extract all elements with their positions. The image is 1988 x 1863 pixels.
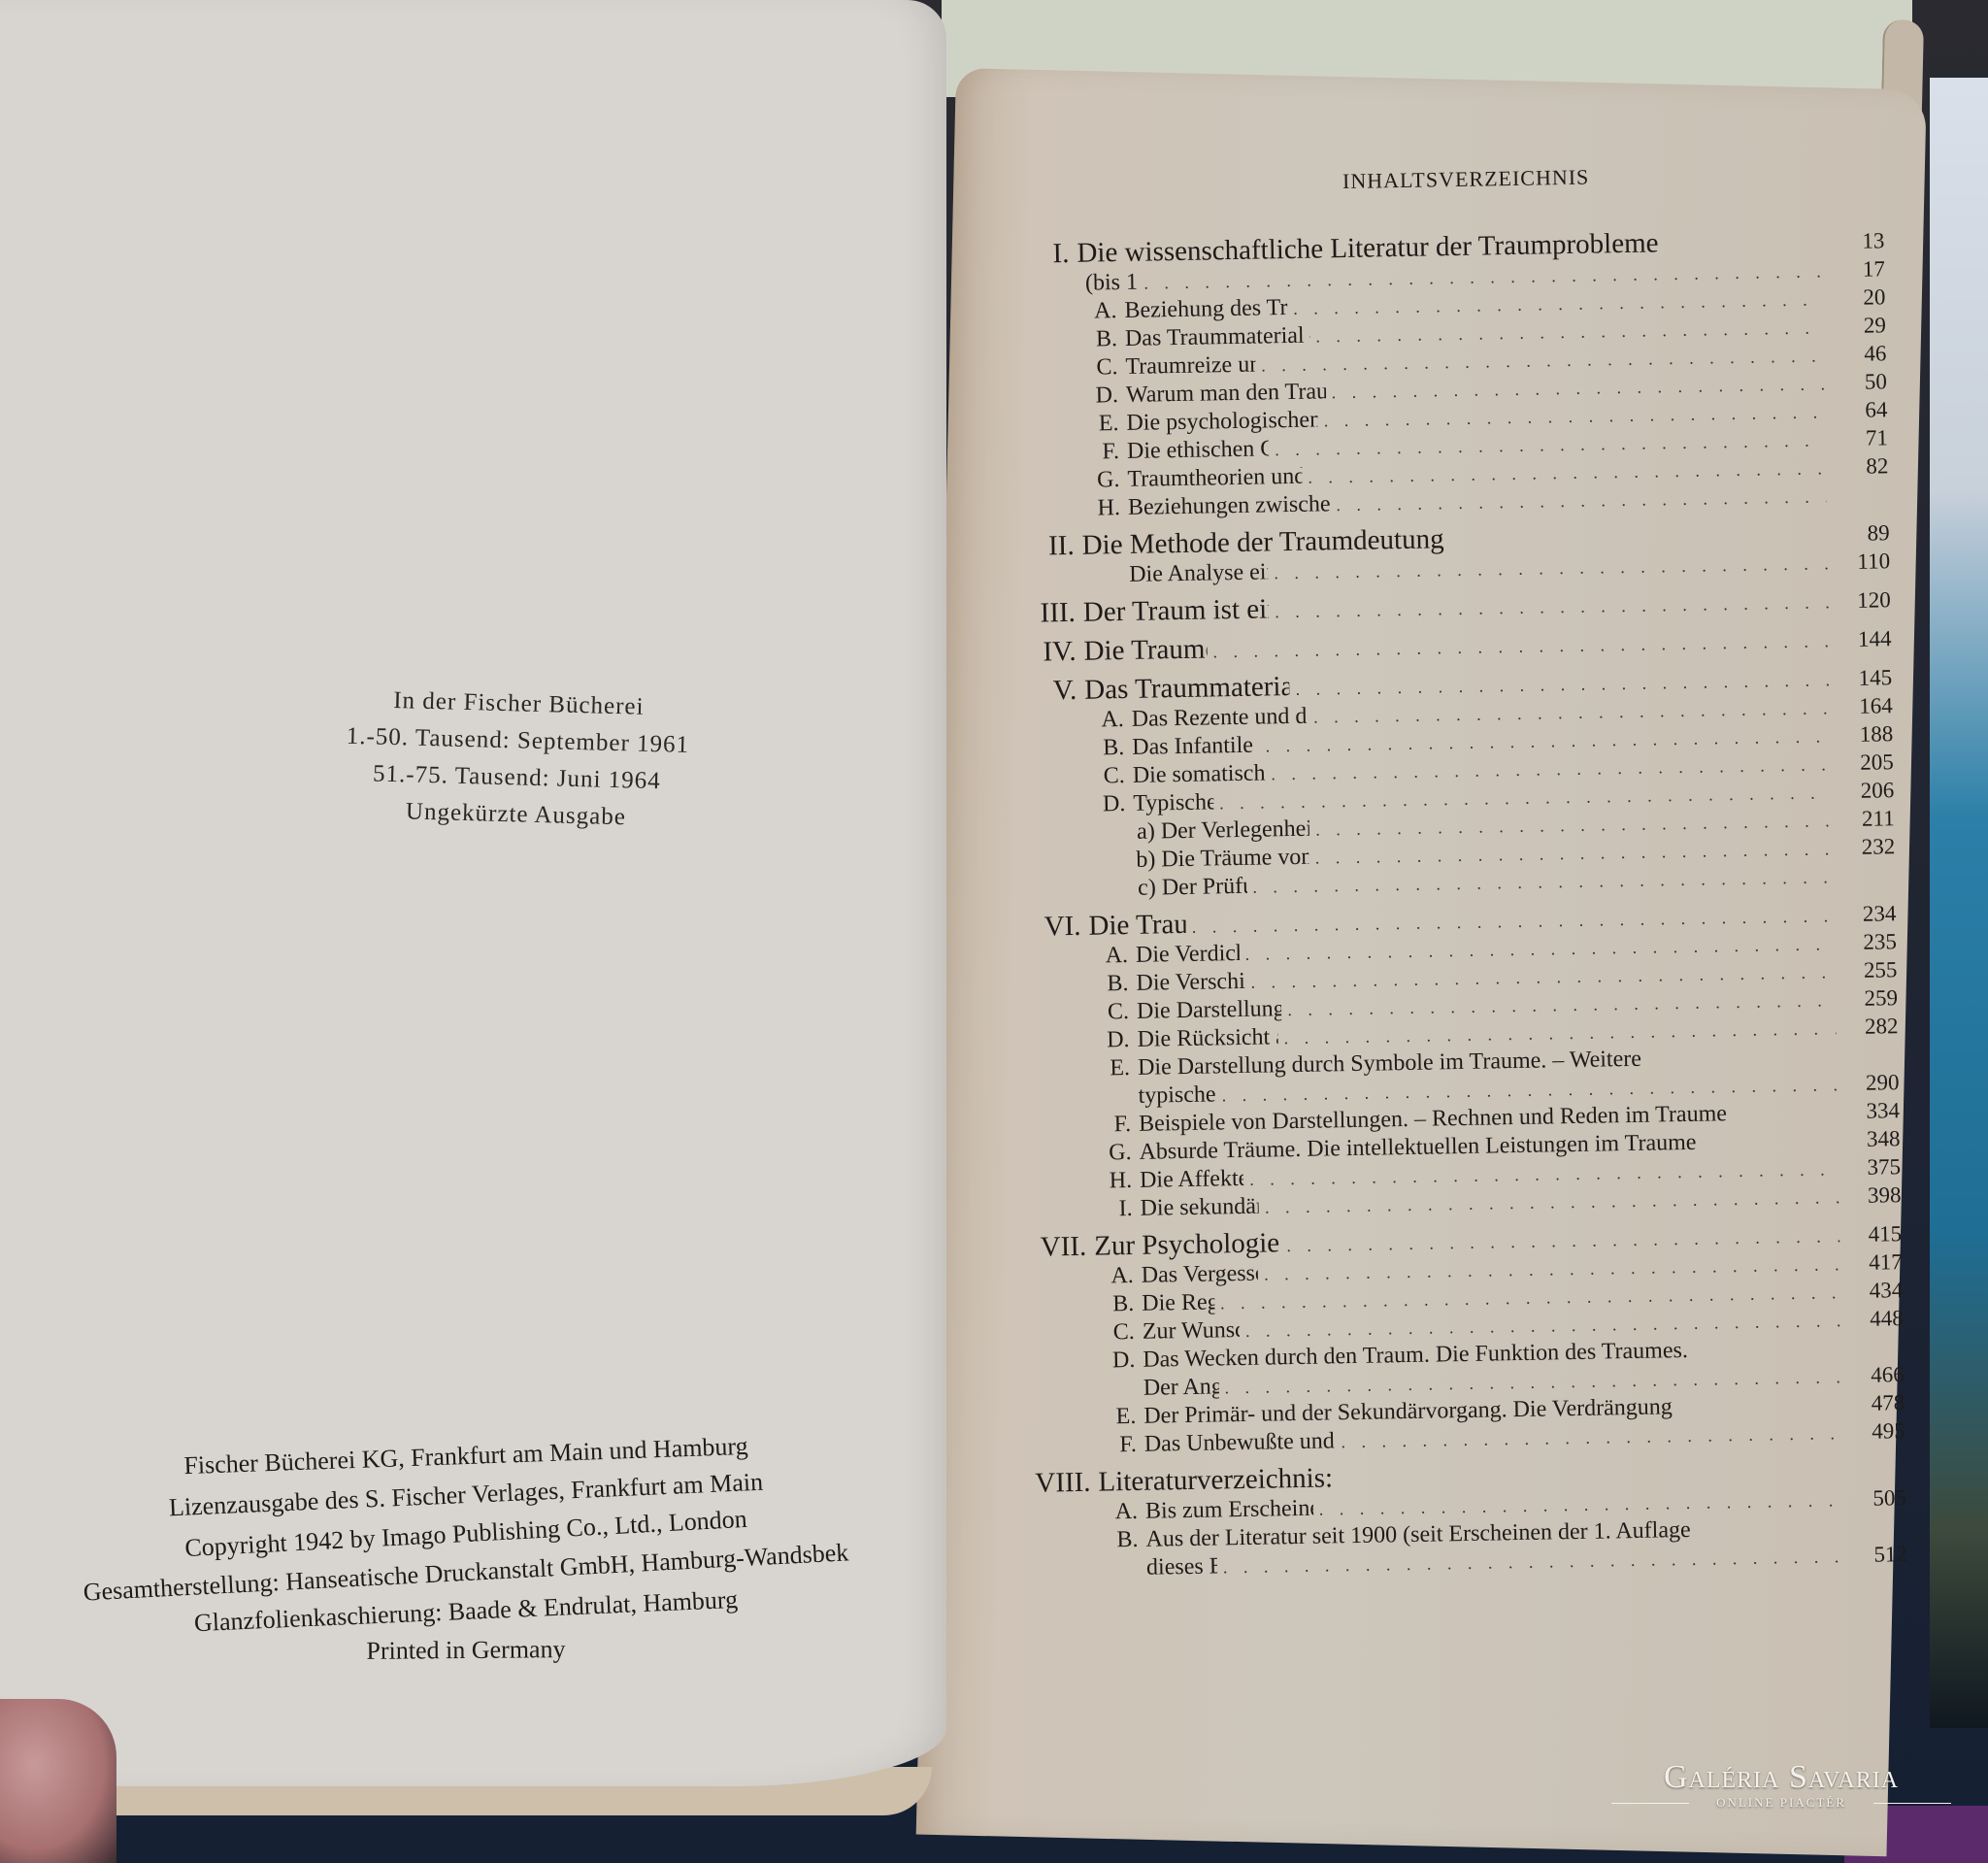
toc-entry-page: 282	[1836, 1014, 1898, 1040]
toc-entry-page: 13	[1822, 228, 1884, 254]
toc-entry-page: 205	[1831, 749, 1893, 776]
toc-leader-dots	[1246, 867, 1834, 898]
toc-entry-number: E.	[1013, 411, 1126, 439]
toc-leader-dots	[1691, 1534, 1845, 1537]
toc-entry-label: Die Verdichtungsarbeit	[1136, 941, 1240, 969]
toc-entry-number: VII.	[1028, 1231, 1095, 1264]
toc-entry-page: 512	[1845, 1542, 1907, 1568]
toc-entry-label: (bis 1900)	[1085, 270, 1139, 297]
toc-leader-dots	[1330, 486, 1827, 516]
toc-entry-page: 290	[1837, 1070, 1899, 1096]
toc-entry-label: Das Rezente und das Indifferente im Trau…	[1132, 704, 1309, 733]
toc-entry-label: Typische Träume	[1133, 789, 1213, 816]
toc-entry-page: 434	[1840, 1278, 1903, 1304]
toc-entry-number	[1026, 1103, 1139, 1105]
toc-entry-number: F.	[1014, 439, 1127, 467]
table-of-contents: INHALTSVERZEICHNIS I.Die wissenschaftlic…	[1010, 159, 1907, 1584]
toc-entry-number: B.	[1033, 1527, 1145, 1555]
toc-entry-number: a)	[1021, 818, 1161, 848]
toc-entry-page: 46	[1824, 341, 1886, 367]
toc-entry-page: 29	[1824, 313, 1886, 339]
toc-entry-number: D.	[1013, 383, 1126, 411]
toc-entry-page	[1844, 1477, 1906, 1478]
toc-entry-label: Die Träume vom Tod teurer Personen	[1161, 845, 1309, 874]
toc-leader-dots	[1259, 1187, 1839, 1217]
toc-entry-label: Traumtheorien und Funktionen des Traumes	[1127, 464, 1302, 493]
toc-entry-number: VIII.	[1032, 1467, 1099, 1500]
toc-leader-dots	[1641, 1062, 1837, 1066]
toc-entry-label: Das Vergessen der Träume	[1142, 1261, 1259, 1289]
background-blue-object	[1930, 78, 1988, 1728]
toc-entry-page: 348	[1838, 1126, 1900, 1152]
toc-entry-number: B.	[1029, 1291, 1142, 1319]
toc-entry-page	[1841, 1353, 1904, 1354]
toc-entry-label: Die Methode der Traumdeutung	[1081, 523, 1443, 562]
toc-entry-page: 110	[1828, 549, 1890, 575]
toc-entry-label: Traumreize und Traumquellen	[1125, 352, 1255, 381]
toc-entry-label: Warum man den Traum nach dem Erwachen ve…	[1126, 379, 1326, 409]
toc-entry-page: 234	[1834, 901, 1896, 927]
toc-entry-label: Die Verschiebungsarbeit	[1136, 969, 1244, 997]
toc-entry-page: 417	[1839, 1249, 1902, 1276]
colophon: Fischer Bücherei KG, Frankfurt am Main u…	[10, 1437, 922, 1670]
toc-entry-page: 211	[1832, 806, 1894, 832]
toc-entry-number: B.	[1012, 326, 1125, 354]
toc-entry-page: 505	[1844, 1485, 1906, 1512]
toc-entry-label: Die Regression	[1142, 1289, 1214, 1316]
toc-entry-label: Die Darstellungsmittel des Traums	[1137, 996, 1282, 1025]
toc-entry-number: C.	[1024, 999, 1137, 1027]
toc-entry-page: 259	[1836, 985, 1898, 1012]
toc-entry-number: B.	[1019, 735, 1132, 763]
toc-entry-number: F.	[1032, 1432, 1144, 1460]
toc-entry-page: 82	[1826, 453, 1888, 480]
toc-entry-number: D.	[1030, 1347, 1143, 1376]
toc-entry-label: Die sekundäre Bearbeitung	[1140, 1194, 1259, 1222]
toc-entry-label: Der Angsttraum	[1143, 1374, 1219, 1401]
toc-entry-page: 206	[1832, 778, 1894, 804]
toc-entry-label: Die Rücksicht auf Darstellbarkeit	[1137, 1024, 1277, 1053]
toc-entry-label: Das Infantile als Traumquelle	[1132, 733, 1260, 761]
toc-entry-label: Die Traumentstellung	[1083, 634, 1207, 668]
toc-entry-number: C.	[1030, 1319, 1143, 1347]
toc-entry-page	[1834, 882, 1896, 882]
toc-entry-number: A.	[1023, 943, 1136, 971]
toc-entry-number: G.	[1026, 1140, 1139, 1168]
watermark-title: Galéria Savaria	[1611, 1759, 1951, 1796]
toc-entry-label: dieses Buches)	[1146, 1553, 1217, 1580]
toc-entry-label: Die Affekte im Traume	[1140, 1166, 1244, 1194]
toc-entry-label: Beziehungen zwischen Traum und Geisteskr…	[1128, 491, 1331, 521]
toc-leader-dots	[1727, 1118, 1838, 1120]
toc-leader-dots	[1673, 1411, 1842, 1414]
toc-entry-number: D.	[1024, 1027, 1137, 1055]
toc-entry-page: 144	[1829, 626, 1891, 652]
toc-entry-label: Die somatischen Traumquellen	[1133, 760, 1266, 788]
toc-entry-page: 495	[1843, 1418, 1905, 1445]
toc-entry-page: 448	[1840, 1306, 1903, 1332]
toc-leader-dots	[1207, 631, 1829, 662]
toc-entry-label: Die ethischen Gefühle im Traume	[1127, 436, 1270, 465]
toc-entry-page: 415	[1839, 1221, 1902, 1248]
toc-entry-page: 375	[1839, 1154, 1901, 1181]
edition-imprint: In der Fischer Bücherei 1.-50. Tausend: …	[278, 680, 757, 840]
toc-entry-page: 20	[1823, 284, 1885, 311]
toc-entry-number: c)	[1022, 875, 1162, 904]
toc-leader-dots	[1688, 1354, 1841, 1357]
toc-entry-page	[1845, 1533, 1907, 1534]
toc-entry-number: C.	[1020, 763, 1133, 791]
toc-entry-number	[1034, 1575, 1146, 1577]
toc-entry-label: Das Traummaterial und die Traumquellen	[1084, 671, 1290, 707]
toc-entry-page	[1827, 501, 1889, 502]
toc-entry-page: 64	[1825, 397, 1887, 423]
toc-entry-number: IV.	[1017, 636, 1084, 669]
toc-entry-label: Literaturverzeichnis:	[1098, 1462, 1333, 1498]
toc-entry-page: 466	[1841, 1362, 1904, 1388]
watermark-logo: Galéria Savaria ONLINE PIACTÉR	[1611, 1759, 1951, 1810]
toc-entry-number: I.	[1027, 1196, 1140, 1224]
toc-entry-number: V.	[1018, 675, 1085, 708]
toc-entry-page: 50	[1825, 369, 1887, 395]
left-page: In der Fischer Bücherei 1.-50. Tausend: …	[0, 0, 946, 1786]
toc-entry-number: A.	[1029, 1263, 1142, 1291]
toc-entry-number: b)	[1021, 847, 1161, 876]
toc-entry-page: 17	[1823, 256, 1885, 283]
toc-leader-dots	[1444, 541, 1828, 548]
toc-entry-number: D.	[1020, 791, 1133, 819]
toc-entry-label: Bis zum Erscheinen dieses Buches (1900)	[1145, 1496, 1313, 1525]
toc-entry-number: H.	[1015, 495, 1128, 523]
toc-leader-dots	[1335, 1423, 1843, 1452]
toc-entry-page: 120	[1829, 587, 1891, 614]
toc-entry-number: A.	[1011, 298, 1124, 326]
toc-entry-label: Der Traum ist eine Wunscherfüllung	[1083, 593, 1270, 628]
toc-entry-number: G.	[1014, 467, 1127, 495]
toc-entry-number: E.	[1031, 1404, 1143, 1432]
toc-leader-dots	[1697, 1147, 1839, 1149]
toc-leader-dots	[1333, 1478, 1843, 1486]
toc-leader-dots	[1268, 553, 1828, 583]
toc-entry-label: Die psychologischen Besonderheiten des T…	[1126, 407, 1318, 436]
toc-entry-page: 71	[1826, 425, 1888, 451]
toc-entry-number: I.	[1011, 238, 1077, 271]
toc-entry-page: 188	[1831, 721, 1893, 748]
toc-leader-dots	[1269, 592, 1829, 622]
toc-entry-page: 478	[1842, 1390, 1905, 1416]
toc-entry-label: Zur Psychologie der Traumvorgänge	[1094, 1227, 1281, 1262]
toc-entry-number	[1016, 582, 1129, 583]
toc-entry-label: Das Traummaterial – Das Gedächtnis im Tr…	[1125, 323, 1310, 352]
toc-entry-number: A.	[1019, 707, 1132, 735]
toc-entry-number: H.	[1027, 1168, 1140, 1196]
colophon-line: Printed in Germany	[10, 1627, 922, 1674]
toc-entry-number: C.	[1012, 354, 1125, 383]
toc-entry-number	[1011, 290, 1085, 291]
toc-entry-label: Das Unbewußte und das Bewußtsein. Die Re…	[1144, 1428, 1336, 1457]
toc-entry-number: F.	[1026, 1112, 1139, 1140]
toc-entry-label: Zur Wunscherfüllung	[1143, 1317, 1241, 1346]
toc-entry-number: III.	[1017, 597, 1084, 630]
toc-entry-label: Der Prüfungstraum	[1162, 874, 1247, 902]
toc-entry-number: B.	[1023, 971, 1136, 999]
toc-entry-page: 398	[1839, 1182, 1901, 1209]
watermark-subtitle: ONLINE PIACTÉR	[1611, 1796, 1951, 1810]
toc-entry-page: 89	[1827, 520, 1889, 547]
toc-entry-number: VI.	[1022, 911, 1089, 944]
toc-entry-number: A.	[1033, 1499, 1145, 1527]
toc-entry-label: Die Analyse eines Traummusters	[1129, 559, 1269, 587]
toc-entry-page: 334	[1838, 1098, 1900, 1124]
toc-entry-number	[1031, 1395, 1143, 1397]
toc-entry-page: 145	[1830, 665, 1892, 691]
toc-entry-page: 164	[1830, 693, 1892, 719]
toc-entry-label: Beziehung des Traumes zum Wachleben	[1124, 295, 1287, 324]
toc-leader-dots	[1659, 249, 1823, 251]
toc-entry-page	[1837, 1061, 1899, 1062]
toc-entry-label: Der Verlegenheitstraum der Nacktheit	[1161, 816, 1310, 846]
toc-entry-number: E.	[1025, 1055, 1138, 1083]
toc-entry-label: Die Traumarbeit	[1088, 909, 1186, 943]
toc-entry-page: 235	[1835, 929, 1897, 955]
toc-entry-page: 232	[1833, 834, 1895, 860]
toc-entry-label: typische Träume	[1138, 1081, 1216, 1109]
toc-entry-number: II.	[1015, 530, 1082, 563]
thumb	[0, 1699, 116, 1863]
toc-entries: I.Die wissenschaftliche Literatur der Tr…	[1011, 223, 1907, 1584]
toc-entry-page: 255	[1835, 957, 1897, 983]
